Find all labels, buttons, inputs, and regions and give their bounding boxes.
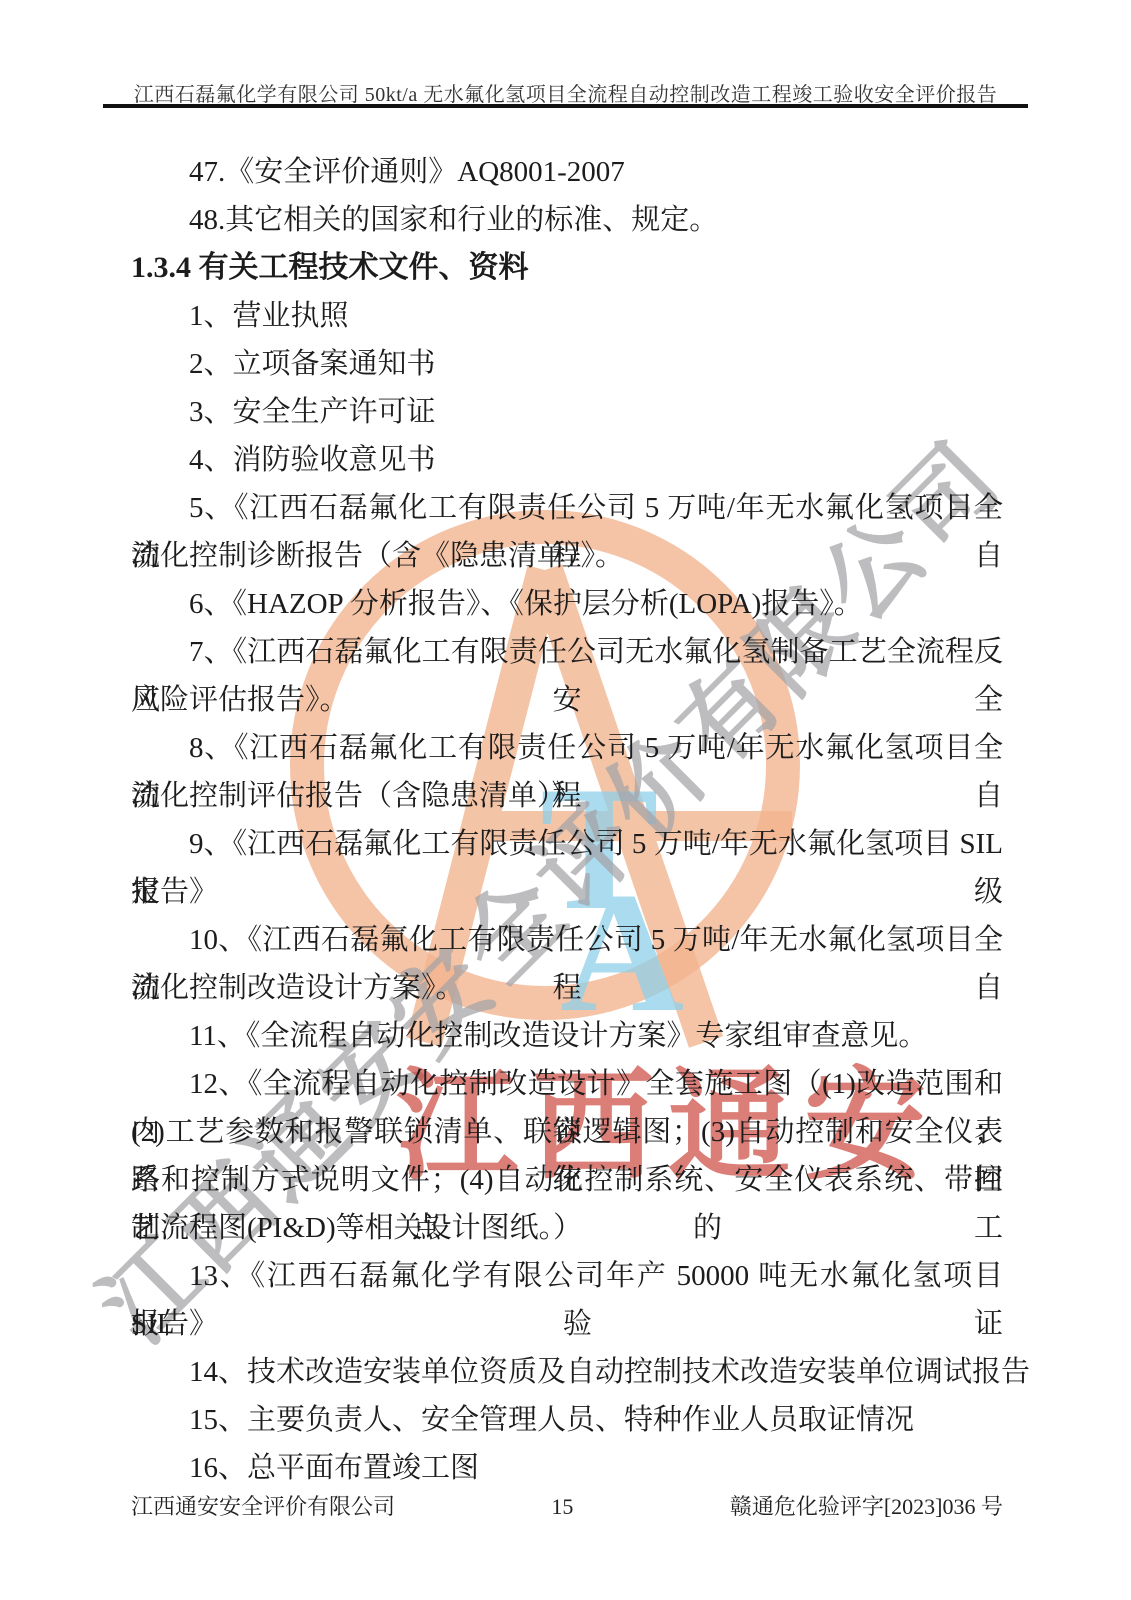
body-line: 1.3.4 有关工程技术文件、资料 — [131, 244, 1003, 292]
body-line: 3、安全生产许可证 — [131, 388, 1003, 436]
page-footer: 江西通安安全评价有限公司 15 赣通危化验评字[2023]036 号 — [131, 1490, 1003, 1521]
body-line: 5、《江西石磊氟化工有限责任公司 5 万吨/年无水氟化氢项目全流程自 — [131, 484, 1003, 532]
body-line: 路和控制方式说明文件；(4)自动化控制系统、安全仪表系统、带控制点的工 — [131, 1156, 1003, 1204]
footer-page-number: 15 — [551, 1494, 573, 1520]
footer-company: 江西通安安全评价有限公司 — [131, 1490, 395, 1521]
body-line: 15、主要负责人、安全管理人员、特种作业人员取证情况 — [131, 1396, 1003, 1444]
report-page: T A 江西通安安全评价有限公司 江西通安 江西石磊氟化学有限公司 50kt/a… — [0, 0, 1131, 1600]
body-line: 12、《全流程自动化控制改造设计》全套施工图（(1)改造范围和内容； — [131, 1060, 1003, 1108]
body-text: 47.《安全评价通则》AQ8001-2007 48.其它相关的国家和行业的标准、… — [131, 148, 1003, 1492]
body-line: 13、《江西石磊氟化学有限公司年产 50000 吨无水氟化氢项目 SIL 验证 — [131, 1252, 1003, 1300]
body-line: 2、立项备案通知书 — [131, 340, 1003, 388]
body-line: 1、营业执照 — [131, 292, 1003, 340]
body-line: (2)工艺参数和报警联锁清单、联锁逻辑图；(3)自动控制和安全仪表系统回 — [131, 1108, 1003, 1156]
body-line: 16、总平面布置竣工图 — [131, 1444, 1003, 1492]
body-line: 14、技术改造安装单位资质及自动控制技术改造安装单位调试报告 — [131, 1348, 1003, 1396]
body-line: 4、消防验收意见书 — [131, 436, 1003, 484]
body-line: 7、《江西石磊氟化工有限责任公司无水氟化氢制备工艺全流程反应安全 — [131, 628, 1003, 676]
body-line: 47.《安全评价通则》AQ8001-2007 — [131, 148, 1003, 196]
page-header-title: 江西石磊氟化学有限公司 50kt/a 无水氟化氢项目全流程自动控制改造工程竣工验… — [103, 78, 1028, 107]
body-line: 10、《江西石磊氟化工有限责任公司 5 万吨/年无水氟化氢项目全流程自 — [131, 916, 1003, 964]
header-rule — [103, 104, 1028, 108]
body-line: 48.其它相关的国家和行业的标准、规定。 — [131, 196, 1003, 244]
body-line: 8、《江西石磊氟化工有限责任公司 5 万吨/年无水氟化氢项目全流程自 — [131, 724, 1003, 772]
footer-doc-number: 赣通危化验评字[2023]036 号 — [730, 1490, 1003, 1521]
body-line: 11、《全流程自动化控制改造设计方案》专家组审查意见。 — [131, 1012, 1003, 1060]
body-line: 6、《HAZOP 分析报告》、《保护层分析(LOPA)报告》。 — [131, 580, 1003, 628]
body-line: 9、《江西石磊氟化工有限责任公司 5 万吨/年无水氟化氢项目 SIL 定级 — [131, 820, 1003, 868]
